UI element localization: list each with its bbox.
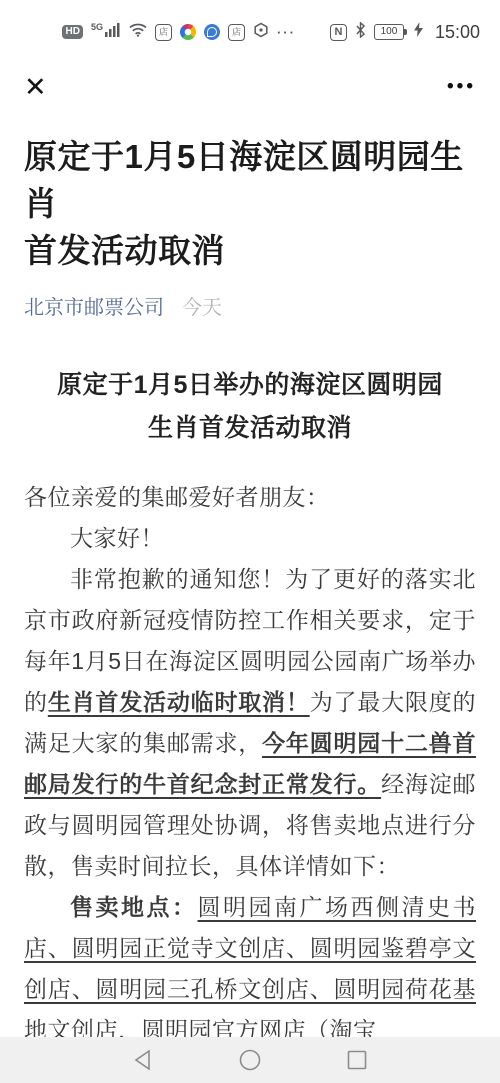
page-title-line1: 原定于1月5日海淀区圆明园生肖 (24, 134, 476, 228)
body-text: 售卖地点： (70, 894, 198, 920)
recents-square-icon (346, 1049, 368, 1071)
body-text: 大家好！ (70, 525, 164, 551)
emphasis-text: 生肖首发活动临时取消！ (48, 689, 310, 715)
home-button[interactable] (238, 1048, 262, 1072)
article-content: 原定于1月5日举办的海淀区圆明园 生肖首发活动取消 各位亲爱的集邮爱好者朋友：大… (24, 364, 476, 1052)
page-title-line2: 首发活动取消 (24, 228, 476, 275)
wifi-icon (129, 23, 147, 42)
author-link[interactable]: 北京市邮票公司 (24, 291, 164, 320)
settings-hexagon-icon (253, 22, 269, 43)
webview-nav-bar: ✕ ••• (0, 52, 500, 122)
android-nav-bar (0, 1037, 500, 1083)
notification-overflow-icon: ··· (277, 25, 296, 40)
back-button[interactable] (132, 1048, 154, 1072)
more-menu-icon[interactable]: ••• (447, 76, 476, 98)
body-text: 各位亲爱的集邮爱好者朋友： (24, 484, 330, 510)
recents-button[interactable] (346, 1049, 368, 1071)
battery-icon: 100 (374, 24, 404, 40)
battery-percent-label: 100 (381, 27, 398, 37)
colorwheel-app-icon (180, 24, 196, 40)
shop-app-icon-2: 店 (228, 24, 245, 41)
clock-label: 15:00 (435, 22, 480, 43)
page-title: 原定于1月5日海淀区圆明园生肖 首发活动取消 (24, 134, 476, 275)
hd-icon: HD (62, 25, 82, 39)
back-triangle-icon (132, 1048, 154, 1072)
home-circle-icon (238, 1048, 262, 1072)
inner-heading-line1: 原定于1月5日举办的海淀区圆明园 (24, 364, 476, 408)
inner-heading-line2: 生肖首发活动取消 (24, 407, 476, 451)
close-icon[interactable]: ✕ (24, 74, 47, 101)
paragraph: 售卖地点：圆明园南广场西侧清史书店、圆明园正觉寺文创店、圆明园鉴碧亭文创店、圆明… (24, 887, 476, 1051)
status-icons-right: N 100 15:00 (330, 22, 480, 43)
article: 原定于1月5日海淀区圆明园生肖 首发活动取消 北京市邮票公司 今天 原定于1月5… (0, 134, 500, 1051)
paragraph: 非常抱歉的通知您！为了更好的落实北京市政府新冠疫情防控工作相关要求，定于每年1月… (24, 559, 476, 887)
article-inner-heading: 原定于1月5日举办的海淀区圆明园 生肖首发活动取消 (24, 364, 476, 452)
paragraph: 大家好！ (24, 518, 476, 559)
shop-app-icon: 店 (155, 24, 172, 41)
signal-bars-icon (105, 23, 121, 42)
article-meta: 北京市邮票公司 今天 (24, 291, 476, 320)
status-icons-left: HD 5G 店 店 (62, 22, 295, 43)
browser-app-icon (204, 24, 220, 40)
nfc-icon: N (330, 24, 347, 41)
publish-date: 今天 (182, 291, 222, 320)
charging-bolt-icon (414, 22, 423, 42)
network-type-label: 5G (91, 22, 103, 32)
article-paragraphs: 各位亲爱的集邮爱好者朋友：大家好！非常抱歉的通知您！为了更好的落实北京市政府新冠… (24, 477, 476, 1051)
status-bar: HD 5G 店 店 (0, 0, 500, 52)
phone-screen: HD 5G 店 店 (0, 0, 500, 1083)
bluetooth-icon (355, 22, 366, 43)
paragraph: 各位亲爱的集邮爱好者朋友： (24, 477, 476, 518)
